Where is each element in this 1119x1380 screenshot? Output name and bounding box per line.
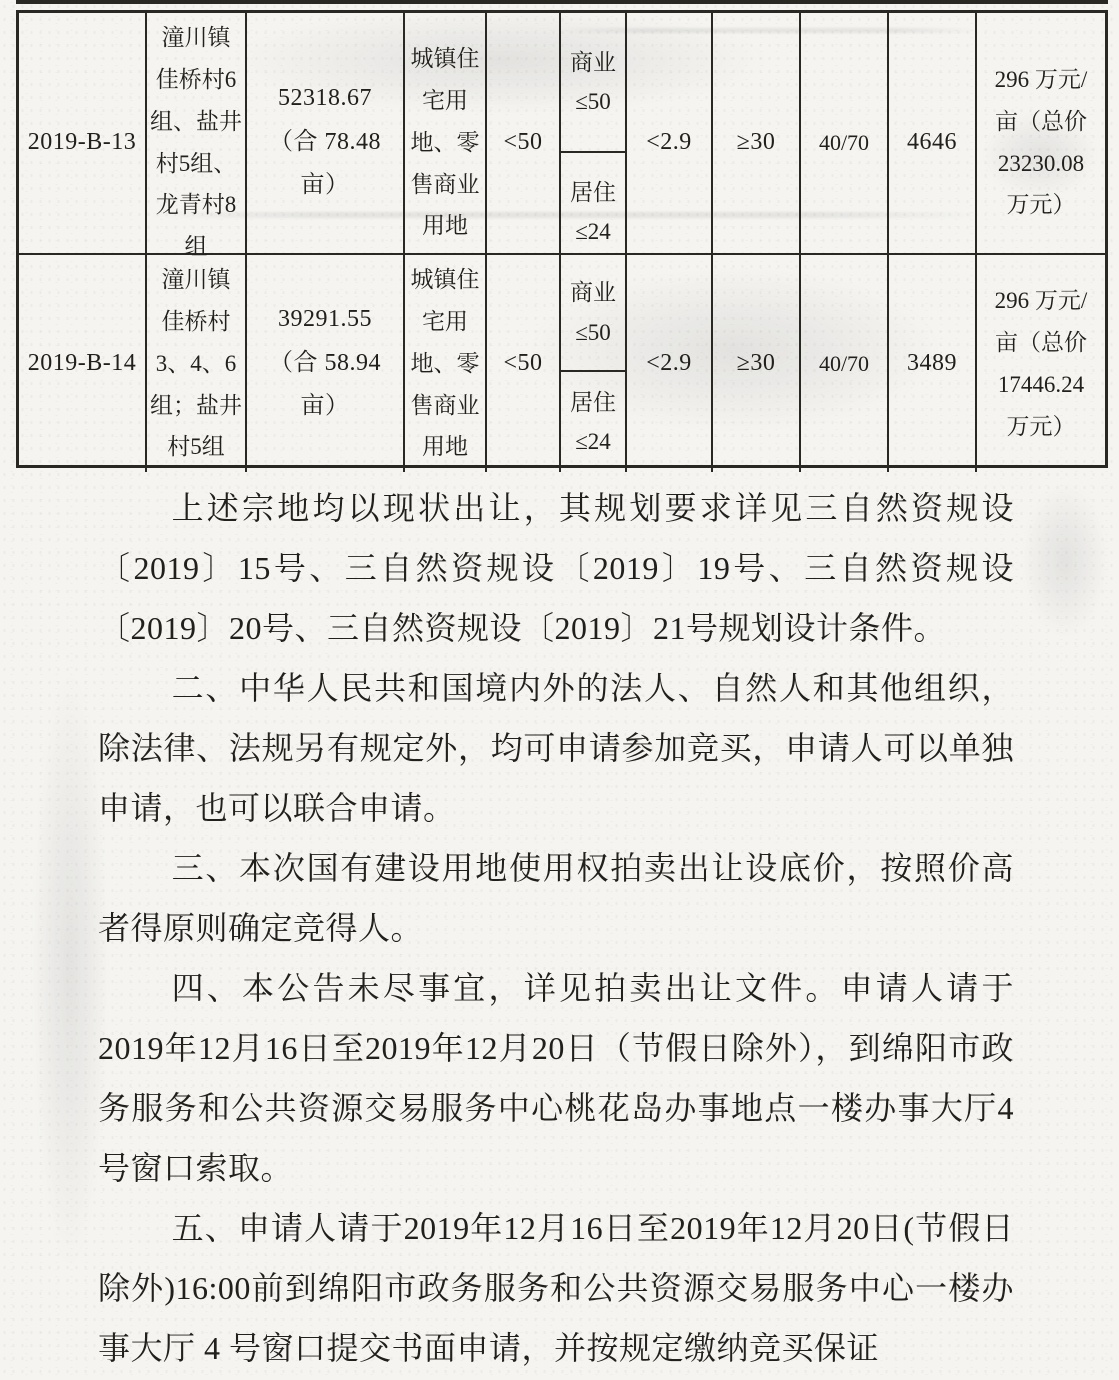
density-limit-cell: 商业 ≤50 居住 ≤24 [561, 13, 627, 272]
commercial-limit-cell: 商业 ≤50 [561, 255, 625, 372]
table-top-remnant-line [16, 0, 1108, 4]
deposit-cell: 3489 [889, 255, 977, 472]
land-use-cell: 城镇住 宅用 地、零 售商业 用地 [405, 255, 487, 472]
bleed-through-artifact [1020, 480, 1110, 640]
commercial-limit-cell: 商业 ≤50 [561, 13, 625, 153]
plot-ratio-cell: <2.9 [627, 255, 713, 472]
paragraph-section-2: 二、中华人民共和国境内外的法人、自然人和其他组织，除法律、法规另有规定外，均可申… [98, 658, 1014, 838]
green-rate-cell: ≥30 [713, 255, 801, 472]
parcel-id-cell: 2019-B-13 [19, 13, 147, 272]
residential-limit-cell: 居住 ≤24 [561, 372, 625, 472]
paragraph-section-5: 五、申请人请于2019年12月16日至2019年12月20日(节假日除外)16:… [98, 1198, 1014, 1378]
area-cell: 39291.55 （合 58.94 亩） [247, 255, 405, 472]
green-rate-cell: ≥30 [713, 13, 801, 272]
announcement-body: 上述宗地均以现状出让，其规划要求详见三自然资规设〔2019〕15号、三自然资规设… [98, 478, 1014, 1378]
paragraph-planning-conditions: 上述宗地均以现状出让，其规划要求详见三自然资规设〔2019〕15号、三自然资规设… [98, 478, 1014, 658]
parcel-id-cell: 2019-B-14 [19, 255, 147, 472]
land-parcel-table: 2019-B-13 潼川镇 佳桥村6 组、盐井 村5组、 龙青村8 组 5231… [16, 10, 1108, 468]
location-cell: 潼川镇 佳桥村6 组、盐井 村5组、 龙青村8 组 [147, 13, 247, 272]
area-cell: 52318.67 （合 78.48 亩） [247, 13, 405, 272]
price-cell: 296 万元/ 亩（总价 17446.24 万元） [977, 255, 1105, 472]
price-cell: 296 万元/ 亩（总价 23230.08 万元） [977, 13, 1105, 272]
density-limit-cell: 商业 ≤50 居住 ≤24 [561, 255, 627, 472]
paragraph-section-3: 三、本次国有建设用地使用权拍卖出让设底价，按照价高者得原则确定竞得人。 [98, 838, 1014, 958]
height-limit-cell: <50 [487, 13, 561, 272]
table-row: 2019-B-14 潼川镇 佳桥村 3、4、6 组；盐井 村5组 39291.5… [19, 253, 1105, 465]
land-use-cell: 城镇住 宅用 地、零 售商业 用地 [405, 13, 487, 272]
ratio-cell: 40/70 [801, 255, 889, 472]
paragraph-section-4: 四、本公告未尽事宜，详见拍卖出让文件。申请人请于2019年12月16日至2019… [98, 958, 1014, 1198]
table-row: 2019-B-13 潼川镇 佳桥村6 组、盐井 村5组、 龙青村8 组 5231… [19, 13, 1105, 253]
document-page: 2019-B-13 潼川镇 佳桥村6 组、盐井 村5组、 龙青村8 组 5231… [0, 0, 1119, 1380]
location-cell: 潼川镇 佳桥村 3、4、6 组；盐井 村5组 [147, 255, 247, 472]
deposit-cell: 4646 [889, 13, 977, 272]
plot-ratio-cell: <2.9 [627, 13, 713, 272]
height-limit-cell: <50 [487, 255, 561, 472]
ratio-cell: 40/70 [801, 13, 889, 272]
